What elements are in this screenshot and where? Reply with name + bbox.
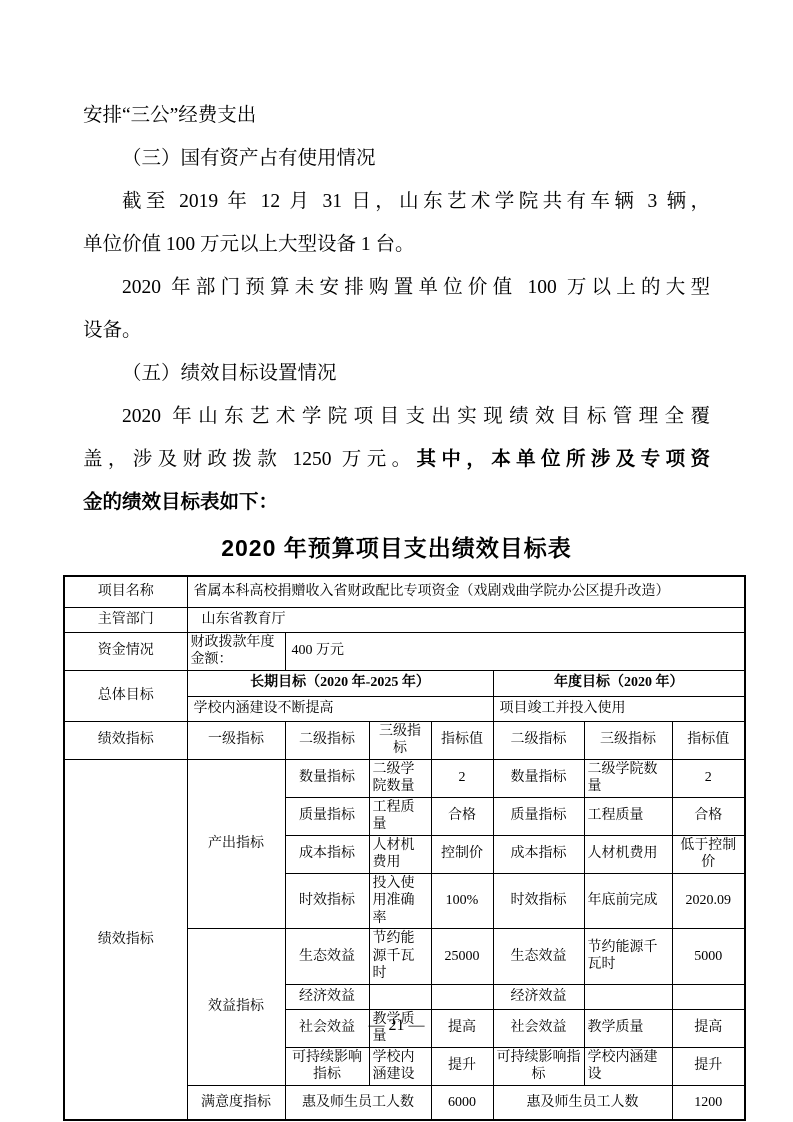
- text-line: 金的绩效目标表如下：: [83, 481, 710, 524]
- l2-label-cell: 成本指标: [493, 835, 584, 873]
- funding-sublabel: 财政拨款年度金额：: [187, 632, 285, 670]
- perf-header-annual-value: 指标值: [672, 721, 745, 759]
- value-cell: 1200: [672, 1085, 745, 1120]
- value-cell: 提升: [431, 1047, 493, 1085]
- value-cell: 2: [672, 759, 745, 797]
- text-line: 2020 年部门预算未安排购置单位价值 100 万以上的大型: [83, 266, 710, 309]
- longterm-goal-header: 长期目标（2020 年-2025 年）: [187, 670, 493, 696]
- project-name-value: 省属本科高校捐赠收入省财政配比专项资金（戏剧戏曲学院办公区提升改造）: [187, 576, 745, 607]
- budget-performance-table: 项目名称 省属本科高校捐赠收入省财政配比专项资金（戏剧戏曲学院办公区提升改造） …: [63, 575, 746, 1121]
- perf-header-label: 绩效指标: [64, 721, 187, 759]
- value-cell: 合格: [672, 797, 745, 835]
- table-title: 2020 年预算项目支出绩效目标表: [0, 531, 793, 565]
- value-cell: 合格: [431, 797, 493, 835]
- l3-text-cell: 惠及师生员工人数: [285, 1085, 431, 1120]
- l3-text-cell: 学校内涵建设: [369, 1047, 431, 1085]
- footer-page-number: — 21 —: [0, 1014, 793, 1038]
- department-label: 主管部门: [64, 607, 187, 632]
- l2-label-cell: 经济效益: [285, 984, 369, 1009]
- value-cell: 100%: [431, 873, 493, 929]
- perf-header-level2: 二级指标: [285, 721, 369, 759]
- l3-text-cell: [584, 984, 672, 1009]
- l3-text-cell: 人材机费用: [369, 835, 431, 873]
- l3-text-cell: 二级学院数量: [369, 759, 431, 797]
- l2-label-cell: 质量指标: [493, 797, 584, 835]
- l2-label-cell: 成本指标: [285, 835, 369, 873]
- annual-goal-header: 年度目标（2020 年）: [493, 670, 745, 696]
- l2-label-cell: 数量指标: [285, 759, 369, 797]
- l2-label-cell: 经济效益: [493, 984, 584, 1009]
- l3-text-cell: 人材机费用: [584, 835, 672, 873]
- value-cell: 5000: [672, 929, 745, 985]
- table-row: 总体目标 长期目标（2020 年-2025 年） 年度目标（2020 年）: [64, 670, 745, 696]
- project-name-label: 项目名称: [64, 576, 187, 607]
- perf-header-annual-level3: 三级指标: [584, 721, 672, 759]
- perf-header-value: 指标值: [431, 721, 493, 759]
- value-cell: 提升: [672, 1047, 745, 1085]
- l2-label-cell: 可持续影响指标: [493, 1047, 584, 1085]
- l3-text-cell: 学校内涵建设: [584, 1047, 672, 1085]
- text-line: 截至 2019 年 12 月 31 日，山东艺术学院共有车辆 3 辆，: [83, 180, 710, 223]
- perf-header-level1: 一级指标: [187, 721, 285, 759]
- group-benefit-label: 效益指标: [187, 929, 285, 1086]
- l3-text-cell: 节约能源千瓦时: [584, 929, 672, 985]
- l2-label-cell: 数量指标: [493, 759, 584, 797]
- annual-goal-text: 项目竣工并投入使用: [493, 696, 745, 721]
- l3-text-cell: 投入使用准确率: [369, 873, 431, 929]
- l2-label-cell: 生态效益: [285, 929, 369, 985]
- text-line: （五）绩效目标设置情况: [83, 352, 710, 395]
- value-cell: 2020.09: [672, 873, 745, 929]
- value-cell: 控制价: [431, 835, 493, 873]
- text-line: 安排“三公”经费支出: [83, 94, 710, 137]
- department-value: 山东省教育厅: [187, 607, 745, 632]
- table-row: 项目名称 省属本科高校捐赠收入省财政配比专项资金（戏剧戏曲学院办公区提升改造）: [64, 576, 745, 607]
- text-line: （三）国有资产占有使用情况: [83, 137, 710, 180]
- l3-text-cell: [369, 984, 431, 1009]
- l3-text-cell: 惠及师生员工人数: [493, 1085, 672, 1120]
- table-row: 绩效指标 产出指标 数量指标 二级学院数量 2 数量指标 二级学院数量 2: [64, 759, 745, 797]
- value-cell: 25000: [431, 929, 493, 985]
- perf-header-annual-level2: 二级指标: [493, 721, 584, 759]
- funding-value: 400 万元: [285, 632, 745, 670]
- text-line: 盖，涉及财政拨款 1250 万元。其中，本单位所涉及专项资: [83, 438, 710, 481]
- table-header-row: 绩效指标 一级指标 二级指标 三级指标 指标值 二级指标 三级指标 指标值: [64, 721, 745, 759]
- overall-goal-label: 总体目标: [64, 670, 187, 721]
- l2-label-cell: 时效指标: [493, 873, 584, 929]
- value-cell: [672, 984, 745, 1009]
- text-line: 单位价值 100 万元以上大型设备 1 台。: [83, 223, 710, 266]
- document-page: 安排“三公”经费支出 （三）国有资产占有使用情况 截至 2019 年 12 月 …: [0, 0, 793, 1122]
- l3-text-cell: 节约能源千瓦时: [369, 929, 431, 985]
- text-line: 2020 年山东艺术学院项目支出实现绩效目标管理全覆: [83, 395, 710, 438]
- funding-label: 资金情况: [64, 632, 187, 670]
- table-row: 主管部门 山东省教育厅: [64, 607, 745, 632]
- l3-text-cell: 工程质量: [369, 797, 431, 835]
- l2-label-cell: 质量指标: [285, 797, 369, 835]
- value-cell: [431, 984, 493, 1009]
- group-satisfaction-label: 满意度指标: [187, 1085, 285, 1120]
- l3-text-cell: 年底前完成: [584, 873, 672, 929]
- group-output-label: 产出指标: [187, 759, 285, 929]
- value-cell: 2: [431, 759, 493, 797]
- perf-indicator-label: 绩效指标: [64, 759, 187, 1120]
- table-row: 资金情况 财政拨款年度金额： 400 万元: [64, 632, 745, 670]
- value-cell: 6000: [431, 1085, 493, 1120]
- text-bold: 其中，本单位所涉及专项资: [417, 449, 710, 470]
- l2-label-cell: 可持续影响指标: [285, 1047, 369, 1085]
- text-bold: 金的绩效目标表如下：: [83, 492, 278, 513]
- longterm-goal-text: 学校内涵建设不断提高: [187, 696, 493, 721]
- l2-label-cell: 生态效益: [493, 929, 584, 985]
- text-line: 设备。: [83, 309, 710, 352]
- body-text: 安排“三公”经费支出 （三）国有资产占有使用情况 截至 2019 年 12 月 …: [83, 94, 710, 524]
- value-cell: 低于控制价: [672, 835, 745, 873]
- perf-header-level3: 三级指标: [369, 721, 431, 759]
- l3-text-cell: 工程质量: [584, 797, 672, 835]
- l3-text-cell: 二级学院数量: [584, 759, 672, 797]
- text-normal: 盖，涉及财政拨款 1250 万元。: [83, 449, 417, 470]
- l2-label-cell: 时效指标: [285, 873, 369, 929]
